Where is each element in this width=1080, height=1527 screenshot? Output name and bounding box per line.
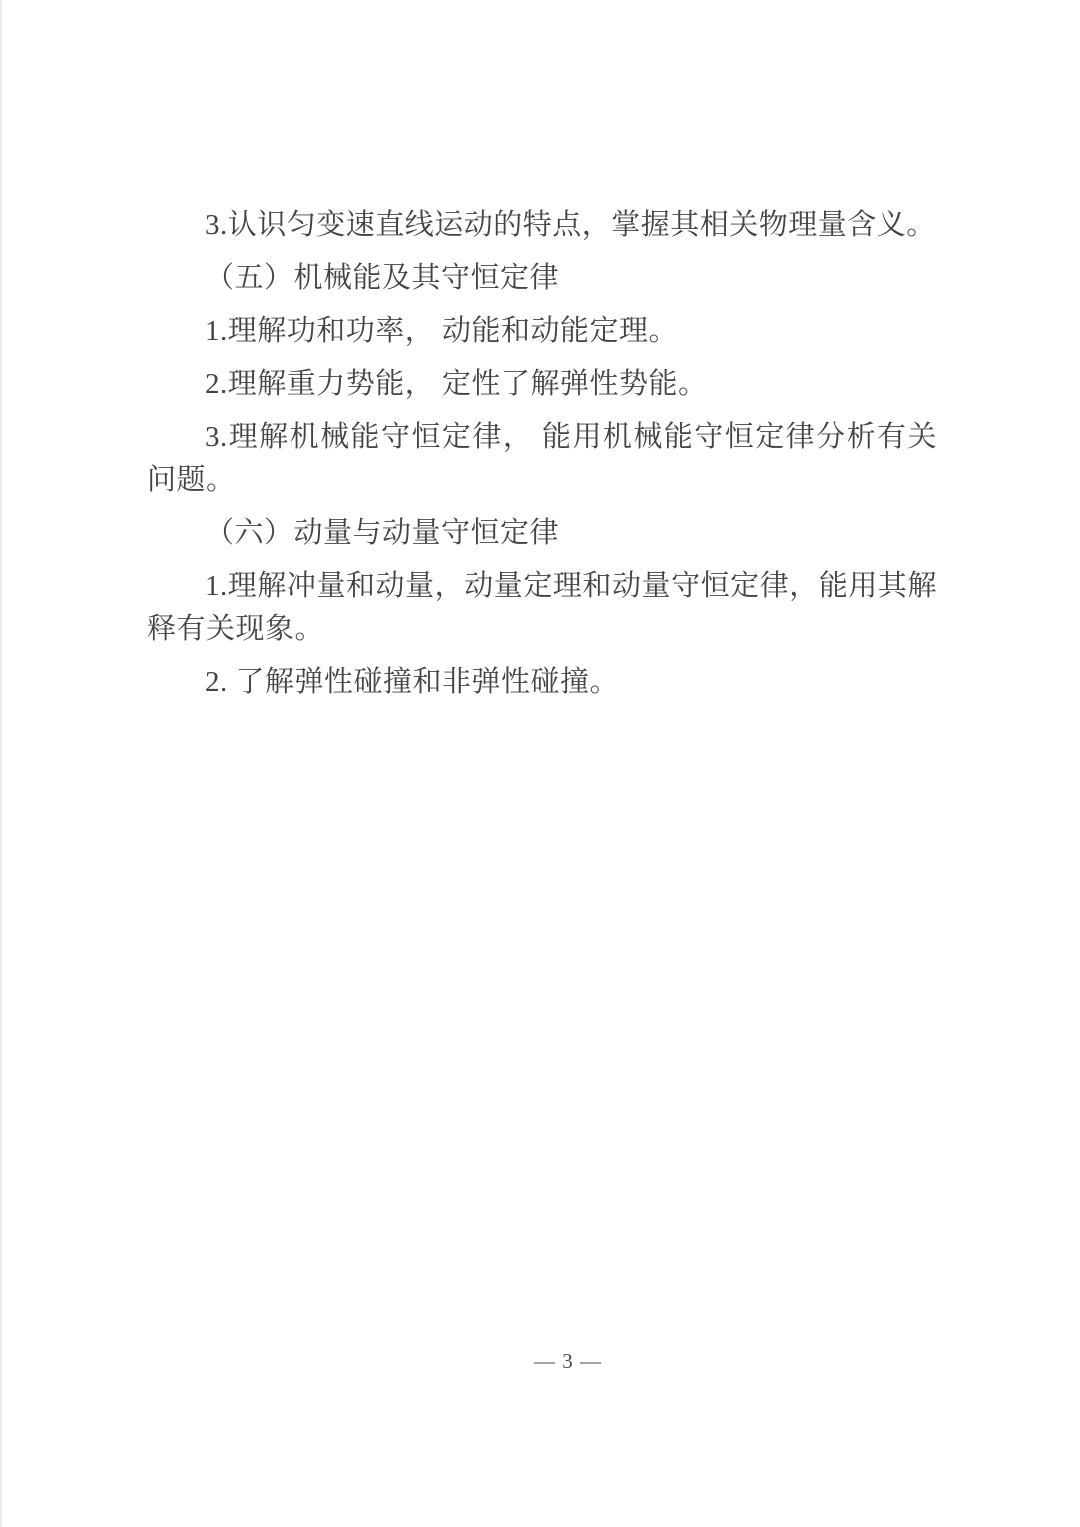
page-number: — 3 — xyxy=(534,1346,602,1376)
list-item-paragraph: 1.理解冲量和动量，动量定理和动量守恒定律，能用其解释有关现象。 xyxy=(147,565,937,651)
list-item-paragraph: 2.理解重力势能， 定性了解弹性势能。 xyxy=(147,363,937,406)
document-page: 3.认识匀变速直线运动的特点，掌握其相关物理量含义。 （五）机械能及其守恒定律 … xyxy=(0,0,1080,1527)
document-body: 3.认识匀变速直线运动的特点，掌握其相关物理量含义。 （五）机械能及其守恒定律 … xyxy=(147,204,937,714)
page-footer: — 3 — xyxy=(0,1346,1080,1376)
section-heading: （六）动量与动量守恒定律 xyxy=(147,512,937,555)
list-item-paragraph: 3.认识匀变速直线运动的特点，掌握其相关物理量含义。 xyxy=(147,204,937,247)
section-heading: （五）机械能及其守恒定律 xyxy=(147,257,937,300)
list-item-paragraph: 3.理解机械能守恒定律， 能用机械能守恒定律分析有关问题。 xyxy=(147,416,937,502)
list-item-paragraph: 2. 了解弹性碰撞和非弹性碰撞。 xyxy=(147,661,937,704)
scan-edge-shadow xyxy=(0,0,3,1527)
list-item-paragraph: 1.理解功和功率， 动能和动能定理。 xyxy=(147,310,937,353)
